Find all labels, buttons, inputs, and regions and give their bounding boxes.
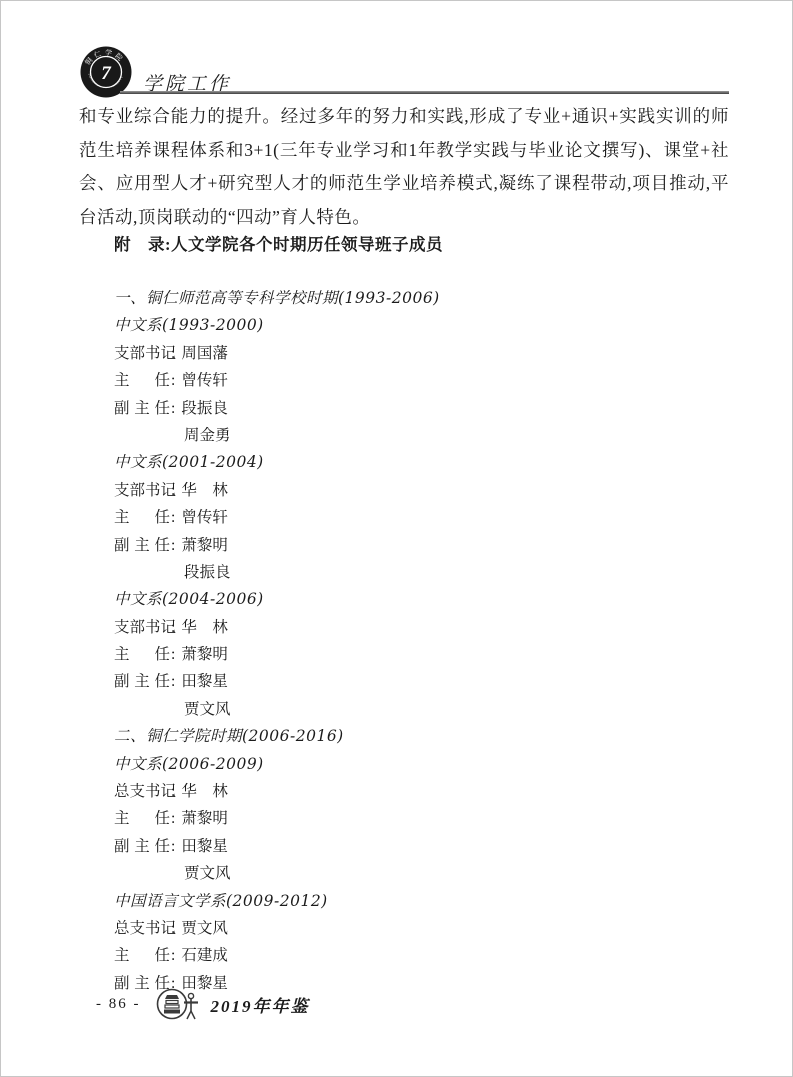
person-name: 萧黎明 (181, 537, 228, 554)
roster-row: 副主任:萧黎明 (114, 532, 674, 559)
page-footer: - 86 - 2019年年鉴 (96, 983, 310, 1025)
roster-row: 中国语言文学系(2009-2012) (114, 888, 674, 915)
role-label: 支部书记 (114, 340, 170, 367)
roster-row: 总支书记:华 林 (114, 778, 674, 805)
yearbook-title: 2019年年鉴 (211, 992, 310, 1017)
person-name: 曾传轩 (181, 372, 228, 389)
roster-row: 主任:萧黎明 (114, 805, 674, 832)
roster-row: 副主任:田黎星 (114, 833, 674, 860)
role-label: 副主任 (114, 833, 170, 860)
role-label: 支部书记 (114, 477, 170, 504)
person-name: 贾文风 (181, 920, 228, 937)
person-name: 中文系(1993-2000) (114, 316, 264, 334)
role-colon: : (171, 504, 175, 531)
role-colon: : (171, 915, 175, 942)
role-colon: : (171, 668, 175, 695)
person-name: 中文系(2004-2006) (114, 590, 264, 608)
person-name: 二、铜仁学院时期(2006-2016) (114, 727, 344, 745)
roster-list: 一、铜仁师范高等专科学校时期(1993-2006) 中文系(1993-2000)… (114, 285, 674, 997)
role-colon: : (171, 340, 175, 367)
person-name: 田黎星 (181, 673, 228, 690)
role-label: 总支书记 (114, 915, 170, 942)
role-colon: : (171, 614, 175, 641)
person-name: 华 林 (181, 619, 228, 636)
role-label: 副主任 (114, 395, 170, 422)
role-label: 支部书记 (114, 614, 170, 641)
role-colon: : (171, 367, 175, 394)
appendix-title: 附 录:人文学院各个时期历任领导班子成员 (114, 231, 443, 255)
person-name: 萧黎明 (181, 646, 228, 663)
role-label: 主任 (114, 805, 170, 832)
person-name: 一、铜仁师范高等专科学校时期(1993-2006) (114, 289, 440, 307)
role-colon: : (171, 942, 175, 969)
roster-row: 主任:萧黎明 (114, 641, 674, 668)
person-name: 中文系(2006-2009) (114, 755, 264, 773)
yearbook-icon (155, 983, 201, 1025)
person-name: 段振良 (181, 400, 228, 417)
seal-glyph: 7 (101, 63, 112, 84)
roster-row: 周金勇 (114, 422, 674, 449)
role-label: 总支书记 (114, 778, 170, 805)
role-label: 主任 (114, 367, 170, 394)
role-label: 副主任 (114, 532, 170, 559)
person-name: 田黎星 (181, 838, 228, 855)
role-colon: : (171, 833, 175, 860)
role-label: 主任 (114, 504, 170, 531)
roster-row: 主任:曾传轩 (114, 367, 674, 394)
role-colon: : (171, 805, 175, 832)
roster-row: 中文系(2001-2004) (114, 449, 674, 476)
person-name: 中国语言文学系(2009-2012) (114, 892, 328, 910)
roster-row: 总支书记:贾文风 (114, 915, 674, 942)
yearbook-page: 铜仁学院 TONGREN UNIVERSITY 7 学院工作 和专业综合能力的提… (0, 0, 793, 1077)
roster-row: 一、铜仁师范高等专科学校时期(1993-2006) (114, 285, 674, 312)
roster-row: 二、铜仁学院时期(2006-2016) (114, 723, 674, 750)
roster-row: 副主任:田黎星 (114, 668, 674, 695)
roster-row: 支部书记:周国藩 (114, 340, 674, 367)
person-name: 周国藩 (181, 345, 228, 362)
role-label: 主任 (114, 942, 170, 969)
person-name: 周金勇 (184, 427, 231, 444)
role-label: 副主任 (114, 668, 170, 695)
role-label: 主任 (114, 641, 170, 668)
roster-row: 主任:曾传轩 (114, 504, 674, 531)
person-name: 贾文风 (184, 701, 231, 718)
person-name: 段振良 (184, 564, 231, 581)
person-name: 中文系(2001-2004) (114, 453, 264, 471)
body-paragraph: 和专业综合能力的提升。经过多年的努力和实践,形成了专业+通识+实践实训的师范生培… (79, 100, 729, 234)
roster-row: 中文系(2004-2006) (114, 586, 674, 613)
role-colon: : (171, 477, 175, 504)
roster-row: 中文系(1993-2000) (114, 312, 674, 339)
person-name: 贾文风 (184, 865, 231, 882)
role-colon: : (171, 641, 175, 668)
roster-row: 支部书记:华 林 (114, 477, 674, 504)
roster-row: 支部书记:华 林 (114, 614, 674, 641)
person-name: 华 林 (181, 482, 228, 499)
roster-row: 主任:石建成 (114, 942, 674, 969)
roster-row: 贾文风 (114, 860, 674, 887)
page-number: - 86 - (96, 996, 141, 1013)
role-colon: : (171, 778, 175, 805)
roster-row: 中文系(2006-2009) (114, 751, 674, 778)
role-colon: : (171, 395, 175, 422)
person-name: 石建成 (181, 947, 228, 964)
person-name: 华 林 (181, 783, 228, 800)
roster-row: 段振良 (114, 559, 674, 586)
roster-row: 副主任:段振良 (114, 395, 674, 422)
person-name: 曾传轩 (181, 509, 228, 526)
person-name: 萧黎明 (181, 810, 228, 827)
role-colon: : (171, 532, 175, 559)
header-rule (120, 91, 729, 94)
roster-row: 贾文风 (114, 696, 674, 723)
